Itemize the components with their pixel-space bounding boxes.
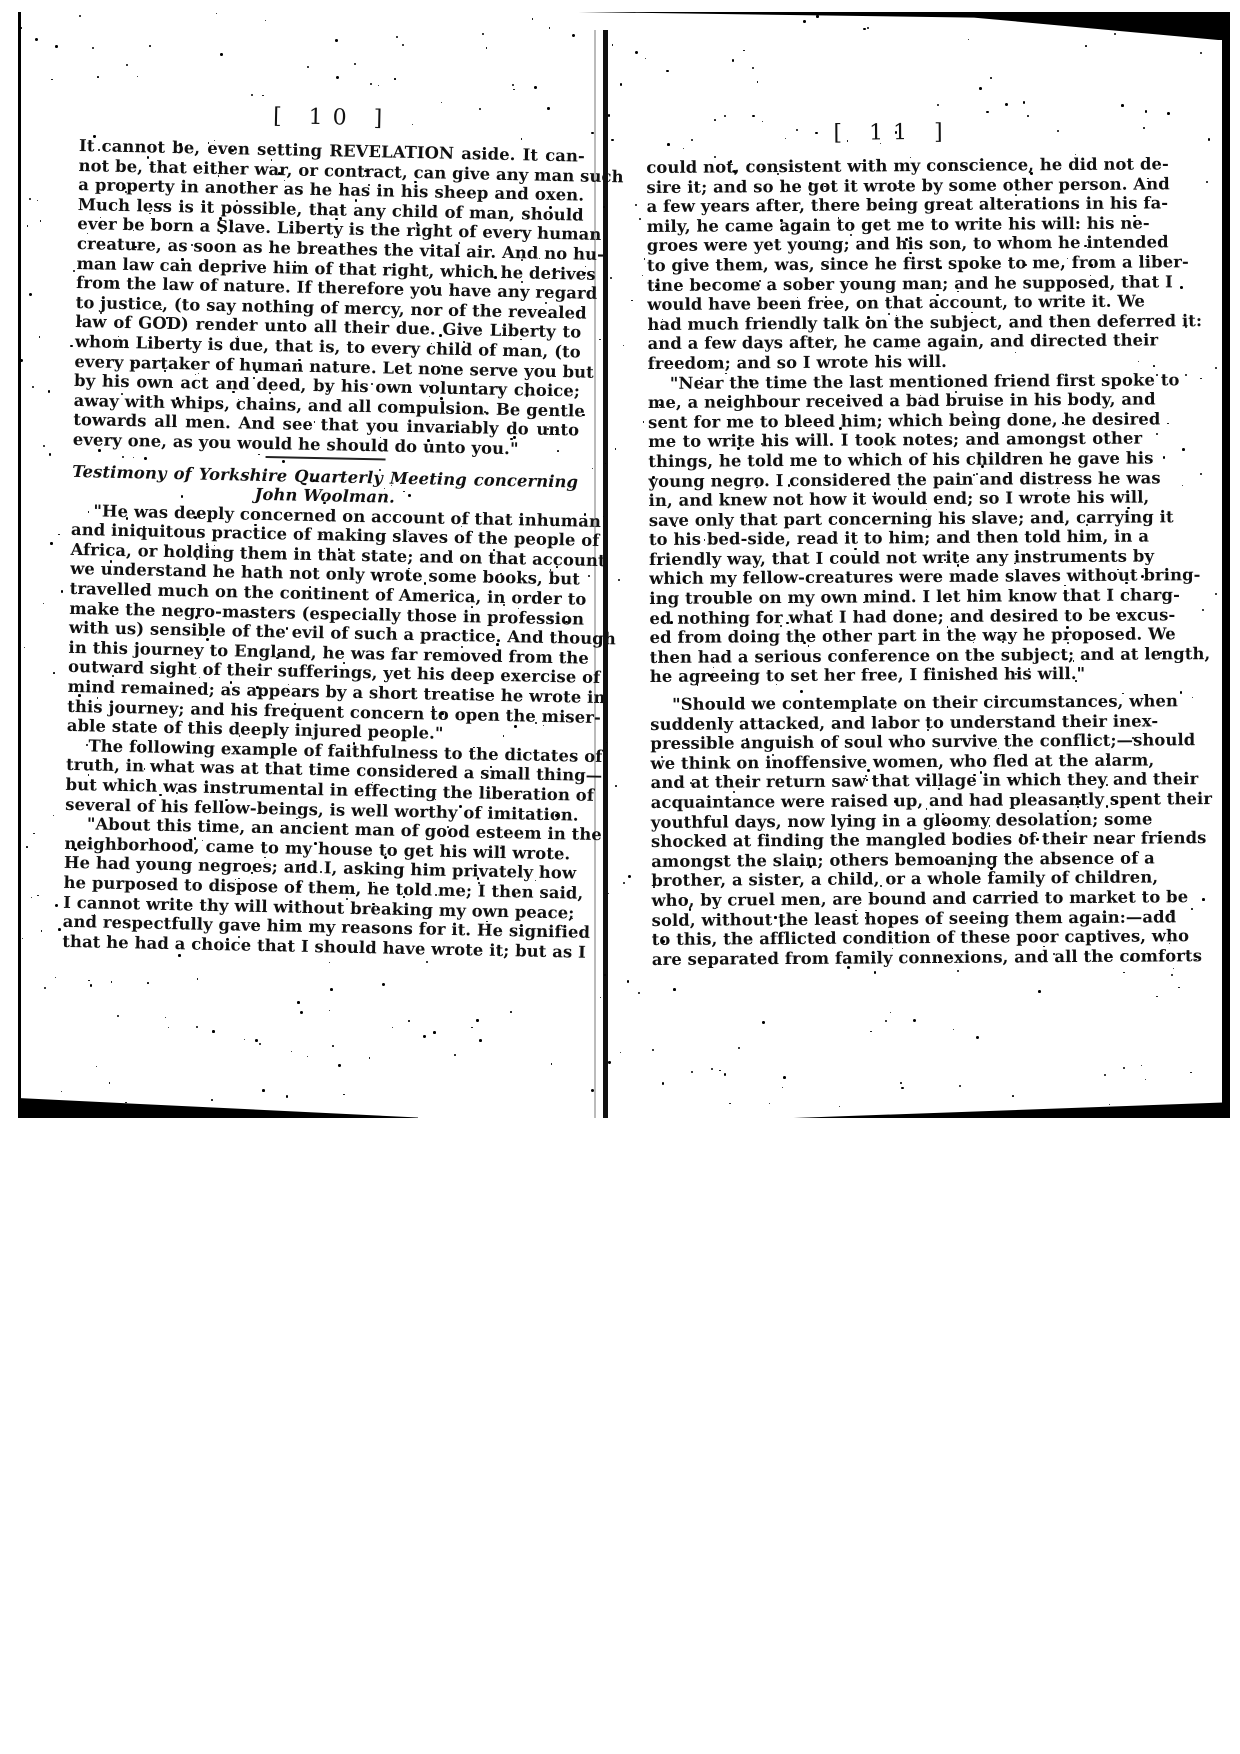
scan-noise bbox=[265, 20, 267, 22]
scan-noise bbox=[1129, 275, 1130, 276]
scan-noise bbox=[168, 669, 170, 671]
scan-noise bbox=[21, 27, 22, 28]
scan-noise bbox=[1038, 990, 1041, 993]
scan-noise bbox=[231, 149, 234, 152]
scan-noise bbox=[254, 524, 256, 526]
scan-noise bbox=[286, 1095, 288, 1097]
scan-noise bbox=[198, 373, 199, 374]
scan-noise bbox=[294, 703, 296, 705]
scan-noise bbox=[620, 83, 623, 86]
scan-noise bbox=[1121, 104, 1124, 107]
scan-noise bbox=[41, 930, 43, 932]
scan-noise bbox=[553, 757, 555, 759]
scan-noise bbox=[1090, 275, 1091, 276]
scan-noise bbox=[1062, 265, 1064, 267]
scan-noise bbox=[29, 293, 32, 296]
scan-noise bbox=[92, 47, 95, 50]
scan-noise bbox=[482, 33, 484, 35]
scan-noise bbox=[58, 534, 59, 535]
scanned-book-spread: [ 10 ] It cannot be, even setting REVELA… bbox=[18, 12, 1230, 1118]
scan-noise bbox=[870, 1031, 871, 1032]
scan-noise bbox=[749, 379, 752, 382]
scan-noise bbox=[364, 170, 367, 173]
scan-noise bbox=[1057, 488, 1058, 489]
scan-noise bbox=[1182, 448, 1185, 451]
scan-noise bbox=[945, 464, 946, 465]
scan-noise bbox=[278, 172, 281, 175]
scan-noise bbox=[611, 139, 613, 141]
scan-noise bbox=[232, 391, 235, 394]
scan-noise bbox=[738, 1047, 740, 1049]
scan-noise bbox=[490, 766, 491, 767]
scan-noise bbox=[1204, 29, 1206, 31]
scan-noise bbox=[603, 206, 605, 208]
scan-noise bbox=[839, 427, 841, 429]
scan-noise bbox=[959, 1085, 961, 1087]
scan-noise bbox=[815, 132, 818, 135]
scan-noise bbox=[627, 980, 629, 982]
scan-noise bbox=[53, 815, 54, 816]
scan-noise bbox=[43, 603, 44, 604]
scan-noise bbox=[1215, 593, 1217, 595]
scan-noise bbox=[285, 301, 287, 303]
scan-noise bbox=[100, 312, 102, 314]
scan-noise bbox=[181, 258, 183, 260]
scan-noise bbox=[1141, 1065, 1143, 1067]
scan-noise bbox=[309, 586, 311, 588]
scan-noise bbox=[1060, 955, 1061, 956]
scan-noise bbox=[1067, 463, 1070, 466]
scan-noise bbox=[549, 206, 552, 209]
scan-noise bbox=[1030, 172, 1033, 175]
scan-noise bbox=[670, 621, 673, 624]
scan-noise bbox=[471, 606, 473, 608]
scan-noise bbox=[32, 386, 34, 388]
scan-noise bbox=[1163, 456, 1166, 459]
text-line: things, he told me to which of his child… bbox=[648, 448, 1142, 471]
scan-noise bbox=[947, 626, 948, 627]
scan-noise bbox=[615, 785, 617, 787]
scan-noise bbox=[697, 684, 698, 685]
scan-noise bbox=[298, 359, 300, 361]
scan-noise bbox=[662, 1082, 664, 1084]
scan-noise bbox=[168, 548, 169, 549]
scan-noise bbox=[635, 51, 638, 54]
scan-noise bbox=[939, 266, 942, 269]
scan-noise bbox=[1011, 780, 1013, 782]
scan-noise bbox=[756, 487, 758, 489]
scan-noise bbox=[44, 987, 46, 989]
scan-noise bbox=[1132, 737, 1134, 739]
scan-noise bbox=[35, 38, 38, 41]
scan-noise bbox=[336, 76, 339, 79]
scan-noise bbox=[51, 79, 53, 81]
scan-noise bbox=[1145, 110, 1147, 112]
scan-noise bbox=[147, 156, 149, 158]
scan-noise bbox=[979, 87, 982, 90]
scan-noise bbox=[440, 397, 443, 400]
scan-noise bbox=[134, 246, 137, 249]
scan-noise bbox=[476, 1019, 478, 1021]
scan-noise bbox=[103, 190, 104, 191]
scan-noise bbox=[1156, 996, 1158, 998]
scan-noise bbox=[478, 882, 480, 884]
scan-noise bbox=[262, 1089, 265, 1092]
scan-noise bbox=[510, 1011, 512, 1013]
scan-noise bbox=[416, 222, 417, 223]
scan-noise bbox=[338, 1064, 340, 1066]
scan-noise bbox=[628, 875, 631, 878]
scan-noise bbox=[743, 50, 744, 51]
scan-noise bbox=[655, 285, 658, 288]
scan-noise bbox=[18, 508, 20, 510]
scan-noise bbox=[711, 1068, 713, 1070]
scan-noise bbox=[27, 225, 29, 227]
scan-noise bbox=[126, 517, 128, 519]
scan-noise bbox=[372, 903, 374, 905]
scan-noise bbox=[258, 454, 259, 455]
scan-noise bbox=[378, 85, 379, 86]
scan-noise bbox=[402, 44, 404, 46]
scan-noise bbox=[1180, 286, 1183, 289]
scan-noise bbox=[746, 738, 748, 740]
scan-noise bbox=[750, 384, 752, 386]
scan-noise bbox=[206, 543, 208, 545]
scan-noise bbox=[1015, 194, 1017, 196]
paragraph: It cannot be, even setting REVELATION as… bbox=[73, 136, 585, 460]
scan-noise bbox=[117, 1015, 119, 1017]
scan-noise bbox=[48, 390, 51, 393]
scan-noise bbox=[1202, 898, 1205, 901]
scan-noise bbox=[976, 473, 978, 475]
scan-noise bbox=[659, 404, 661, 406]
scan-noise bbox=[259, 1043, 261, 1045]
scan-noise bbox=[867, 316, 870, 319]
scan-noise bbox=[24, 647, 25, 648]
scan-noise bbox=[988, 894, 991, 897]
scan-noise bbox=[197, 978, 199, 980]
scan-noise bbox=[168, 1027, 169, 1028]
scan-noise bbox=[408, 1020, 410, 1022]
scan-noise bbox=[854, 548, 857, 551]
scan-noise bbox=[572, 34, 575, 37]
scan-noise bbox=[496, 643, 499, 646]
scan-noise bbox=[307, 66, 309, 68]
scan-noise bbox=[1106, 784, 1108, 786]
paragraph: "Near the time the last mentioned friend… bbox=[648, 370, 1144, 687]
scan-noise bbox=[433, 1031, 436, 1034]
scan-noise bbox=[493, 549, 495, 551]
scan-noise bbox=[49, 453, 52, 456]
scan-noise bbox=[297, 1001, 300, 1004]
scan-noise bbox=[582, 414, 584, 416]
scan-noise bbox=[55, 45, 58, 48]
scan-noise bbox=[532, 18, 534, 20]
scan-noise bbox=[256, 686, 259, 689]
scan-noise bbox=[1215, 367, 1217, 369]
scan-noise bbox=[874, 971, 877, 974]
scan-noise bbox=[37, 200, 38, 201]
scan-noise bbox=[471, 595, 473, 597]
scan-noise bbox=[1123, 1067, 1125, 1069]
scan-noise bbox=[1178, 987, 1180, 989]
scan-noise bbox=[968, 39, 969, 40]
scan-noise bbox=[1182, 485, 1183, 486]
scan-noise bbox=[1202, 609, 1204, 611]
scan-noise bbox=[1143, 127, 1145, 129]
scan-noise bbox=[827, 337, 828, 338]
scan-noise bbox=[802, 842, 805, 845]
scan-noise bbox=[79, 15, 81, 17]
right-page: [ 11 ] could not, consistent with my con… bbox=[646, 119, 1146, 970]
scan-noise bbox=[796, 129, 798, 131]
scan-noise bbox=[686, 899, 688, 901]
scan-noise bbox=[262, 95, 264, 97]
scan-noise bbox=[1074, 797, 1076, 799]
scan-noise bbox=[783, 1076, 786, 1079]
scan-noise bbox=[565, 716, 566, 717]
scan-noise bbox=[479, 1039, 482, 1042]
scan-noise bbox=[394, 78, 395, 79]
scan-noise bbox=[503, 735, 505, 737]
scan-noise bbox=[111, 981, 113, 983]
scan-noise bbox=[652, 476, 655, 479]
scan-noise bbox=[890, 1012, 891, 1013]
scan-noise bbox=[450, 288, 451, 289]
scan-noise bbox=[733, 170, 736, 173]
scan-noise bbox=[608, 1061, 610, 1063]
scan-noise bbox=[441, 712, 444, 715]
scan-noise bbox=[1109, 841, 1112, 844]
scan-noise bbox=[414, 181, 416, 183]
scan-noise bbox=[238, 936, 240, 938]
scan-noise bbox=[192, 712, 194, 714]
scan-noise bbox=[220, 53, 223, 56]
scan-noise bbox=[90, 984, 92, 986]
scan-noise bbox=[1141, 12, 1143, 14]
scan-noise bbox=[396, 573, 397, 574]
scan-noise bbox=[225, 799, 227, 801]
scan-noise bbox=[521, 138, 522, 139]
scan-noise bbox=[592, 468, 593, 469]
scan-noise bbox=[78, 694, 81, 697]
scan-noise bbox=[1185, 374, 1188, 377]
scan-noise bbox=[942, 813, 944, 815]
scan-noise bbox=[238, 878, 239, 879]
scan-noise bbox=[1100, 786, 1102, 788]
scan-noise bbox=[638, 992, 640, 994]
scan-noise bbox=[545, 934, 547, 936]
scan-noise bbox=[639, 218, 641, 220]
scan-noise bbox=[732, 59, 734, 61]
scan-noise bbox=[716, 603, 717, 604]
scan-noise bbox=[1156, 433, 1159, 436]
scan-noise bbox=[642, 275, 643, 276]
scan-noise bbox=[55, 977, 56, 978]
page-number-left: [ 10 ] bbox=[79, 100, 586, 141]
scan-noise bbox=[211, 1099, 213, 1101]
scan-noise bbox=[1067, 810, 1069, 812]
scan-border-top bbox=[578, 12, 1230, 40]
scan-noise bbox=[1062, 422, 1063, 423]
scan-noise bbox=[384, 856, 387, 859]
scan-noise bbox=[724, 115, 726, 117]
scan-noise bbox=[1086, 524, 1088, 526]
scan-noise bbox=[588, 575, 591, 578]
scan-noise bbox=[635, 204, 638, 207]
scan-noise bbox=[392, 1027, 393, 1028]
scan-noise bbox=[894, 800, 897, 803]
scan-noise bbox=[147, 982, 149, 984]
scan-noise bbox=[724, 1073, 726, 1075]
scan-noise bbox=[39, 336, 41, 338]
scan-noise bbox=[938, 956, 940, 958]
scan-noise bbox=[631, 300, 633, 302]
scan-noise bbox=[980, 771, 983, 774]
scan-noise bbox=[43, 445, 45, 447]
scan-noise bbox=[194, 837, 196, 839]
scan-noise bbox=[1012, 1095, 1014, 1097]
scan-noise bbox=[441, 365, 443, 367]
scan-noise bbox=[895, 131, 897, 133]
scan-noise bbox=[486, 47, 487, 48]
scan-noise bbox=[439, 334, 442, 337]
scan-noise bbox=[73, 270, 75, 272]
scan-noise bbox=[486, 921, 487, 922]
scan-noise bbox=[803, 642, 805, 644]
scan-noise bbox=[788, 484, 790, 486]
scan-noise bbox=[1005, 103, 1008, 106]
scan-noise bbox=[208, 142, 209, 143]
scan-noise bbox=[307, 1056, 308, 1057]
scan-noise bbox=[494, 276, 497, 279]
scan-noise bbox=[196, 558, 198, 560]
scan-noise bbox=[937, 104, 939, 106]
scan-noise bbox=[61, 590, 63, 592]
scan-noise bbox=[818, 283, 820, 285]
paragraph: could not, consistent with my conscience… bbox=[646, 155, 1141, 374]
scan-noise bbox=[591, 132, 593, 134]
scan-noise bbox=[1145, 1079, 1146, 1080]
scan-noise bbox=[314, 842, 317, 845]
scan-noise bbox=[644, 258, 646, 260]
scan-border-bottom-left bbox=[18, 1092, 418, 1118]
scan-noise bbox=[683, 148, 684, 149]
scan-noise bbox=[1077, 806, 1079, 808]
scan-noise bbox=[847, 140, 849, 142]
scan-noise bbox=[888, 313, 890, 315]
scan-noise bbox=[989, 920, 992, 923]
scan-noise bbox=[1200, 473, 1202, 475]
scan-noise bbox=[122, 456, 124, 458]
scan-noise bbox=[373, 882, 374, 883]
scan-noise bbox=[708, 364, 710, 366]
scan-noise bbox=[471, 1027, 472, 1028]
text-line: are separated from family connexions, an… bbox=[652, 946, 1146, 969]
scan-noise bbox=[701, 377, 703, 379]
scan-noise bbox=[782, 1087, 783, 1088]
binding-shadow bbox=[594, 30, 596, 1118]
scan-noise bbox=[19, 212, 21, 214]
scan-noise bbox=[1191, 908, 1193, 910]
scan-noise bbox=[905, 238, 908, 241]
scan-noise bbox=[652, 1049, 654, 1051]
scan-noise bbox=[976, 1036, 979, 1039]
scan-noise bbox=[830, 610, 832, 612]
scan-noise bbox=[29, 198, 31, 200]
scan-noise bbox=[643, 421, 645, 423]
scan-noise bbox=[957, 970, 959, 972]
text-line: he agreeing to set her free, I finished … bbox=[650, 664, 1144, 687]
scan-noise bbox=[1073, 660, 1074, 661]
scan-noise bbox=[809, 182, 812, 185]
scan-noise bbox=[513, 436, 515, 438]
scan-noise bbox=[164, 370, 165, 371]
scan-noise bbox=[255, 1039, 258, 1042]
scan-noise bbox=[623, 882, 625, 884]
scan-noise bbox=[20, 191, 22, 193]
scan-noise bbox=[510, 438, 512, 440]
scan-noise bbox=[403, 896, 405, 898]
scan-noise bbox=[729, 1103, 731, 1105]
scan-noise bbox=[1027, 115, 1029, 117]
scan-noise bbox=[329, 1010, 331, 1012]
scan-noise bbox=[543, 725, 544, 726]
scan-noise bbox=[1200, 52, 1203, 55]
scan-noise bbox=[653, 886, 655, 888]
scan-noise bbox=[450, 430, 453, 433]
scan-noise bbox=[149, 45, 151, 47]
scan-noise bbox=[396, 36, 398, 38]
scan-noise bbox=[1053, 953, 1055, 955]
scan-noise bbox=[1123, 972, 1124, 973]
scan-noise bbox=[382, 983, 385, 986]
scan-noise bbox=[880, 885, 882, 887]
scan-noise bbox=[251, 872, 252, 873]
scan-noise bbox=[212, 1030, 215, 1033]
scan-noise bbox=[847, 966, 850, 969]
scan-noise bbox=[1065, 658, 1067, 660]
scan-noise bbox=[1057, 130, 1059, 132]
scan-noise bbox=[885, 1020, 887, 1022]
scan-noise bbox=[513, 89, 514, 90]
scan-noise bbox=[803, 20, 806, 23]
scan-noise bbox=[335, 39, 338, 42]
scan-noise bbox=[953, 1029, 954, 1030]
scan-border-right bbox=[1222, 32, 1230, 1112]
text-line: and a few days after, he came again, and… bbox=[647, 331, 1141, 354]
scan-noise bbox=[667, 143, 670, 146]
scan-noise bbox=[804, 226, 806, 228]
scan-noise bbox=[737, 447, 740, 450]
scan-noise bbox=[938, 788, 940, 790]
scan-noise bbox=[1115, 801, 1118, 804]
scan-noise bbox=[126, 64, 128, 66]
scan-noise bbox=[330, 988, 333, 991]
scan-noise bbox=[612, 44, 613, 45]
scan-noise bbox=[370, 83, 372, 85]
scan-noise bbox=[1104, 1074, 1106, 1076]
scan-noise bbox=[1117, 569, 1118, 570]
scan-noise bbox=[565, 621, 567, 623]
scan-noise bbox=[427, 234, 428, 235]
scan-noise bbox=[666, 70, 668, 72]
scan-noise bbox=[291, 1051, 292, 1052]
scan-noise bbox=[1200, 378, 1201, 379]
scan-noise bbox=[196, 1026, 198, 1028]
scan-noise bbox=[867, 769, 870, 772]
scan-noise bbox=[673, 988, 676, 991]
